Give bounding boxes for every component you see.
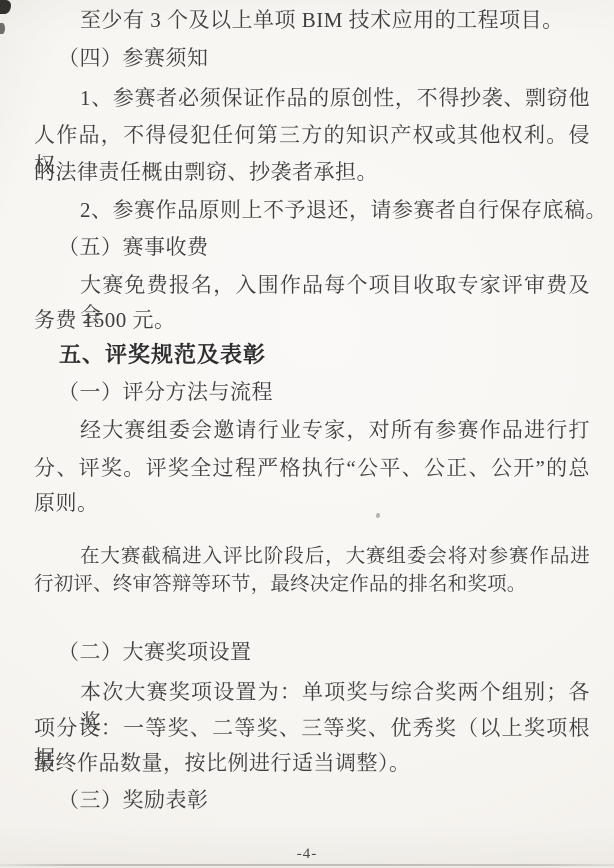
para-line-review-1: 在大赛截稿进入评比阶段后，大赛组委会将对参赛作品进	[34, 543, 590, 571]
para-line-award-setup-3: 最终作品数量，按比例进行适当调整）。	[34, 748, 590, 778]
scan-blemish-left-edge	[0, 23, 5, 34]
para-line-award-setup-2: 项分设：一等奖、二等奖、三等奖、优秀奖（以上奖项根据	[34, 713, 590, 743]
para-line-review-2: 行初评、终审答辩等环节，最终决定作品的排名和奖项。	[34, 571, 590, 599]
para-line-scoring-3: 原则。	[34, 488, 590, 518]
page-number: -4-	[0, 842, 614, 866]
scan-blemish-top-left	[0, 0, 11, 14]
para-line-originality-2: 人作品，不得侵犯任何第三方的知识产权或其他权利。侵权	[34, 120, 590, 150]
subsection-heading-scoring: （一）评分方法与流程	[34, 377, 590, 407]
para-line-originality-1: 1、参赛者必须保证作品的原创性，不得抄袭、剽窃他	[34, 83, 590, 113]
subsection-heading-recognition: （三）奖励表彰	[34, 785, 590, 815]
para-line-fees-1: 大赛免费报名，入围作品每个项目收取专家评审费及会	[34, 270, 590, 300]
subsection-heading-award-setup: （二）大赛奖项设置	[34, 637, 590, 667]
section-heading-awards: 五、评奖规范及表彰	[34, 340, 590, 370]
para-line-fees-2: 务费 1500 元。	[34, 305, 590, 335]
para-line-originality-3: 的法律责任概由剽窃、抄袭者承担。	[34, 157, 590, 187]
para-line-project-requirement: 至少有 3 个及以上单项 BIM 技术应用的工程项目。	[34, 5, 590, 35]
subsection-heading-entry-notes: （四）参赛须知	[34, 43, 590, 73]
para-line-award-setup-1: 本次大赛奖项设置为：单项奖与综合奖两个组别；各奖	[34, 677, 590, 707]
para-line-no-return: 2、参赛作品原则上不予退还，请参赛者自行保存底稿。	[34, 195, 590, 225]
para-line-scoring-2: 分、评奖。评奖全过程严格执行“公平、公正、公开”的总	[34, 453, 590, 483]
subsection-heading-fees: （五）赛事收费	[34, 232, 590, 262]
scanned-document-page: 至少有 3 个及以上单项 BIM 技术应用的工程项目。 （四）参赛须知 1、参赛…	[0, 0, 614, 868]
para-line-scoring-1: 经大赛组委会邀请行业专家，对所有参赛作品进行打	[34, 415, 590, 445]
